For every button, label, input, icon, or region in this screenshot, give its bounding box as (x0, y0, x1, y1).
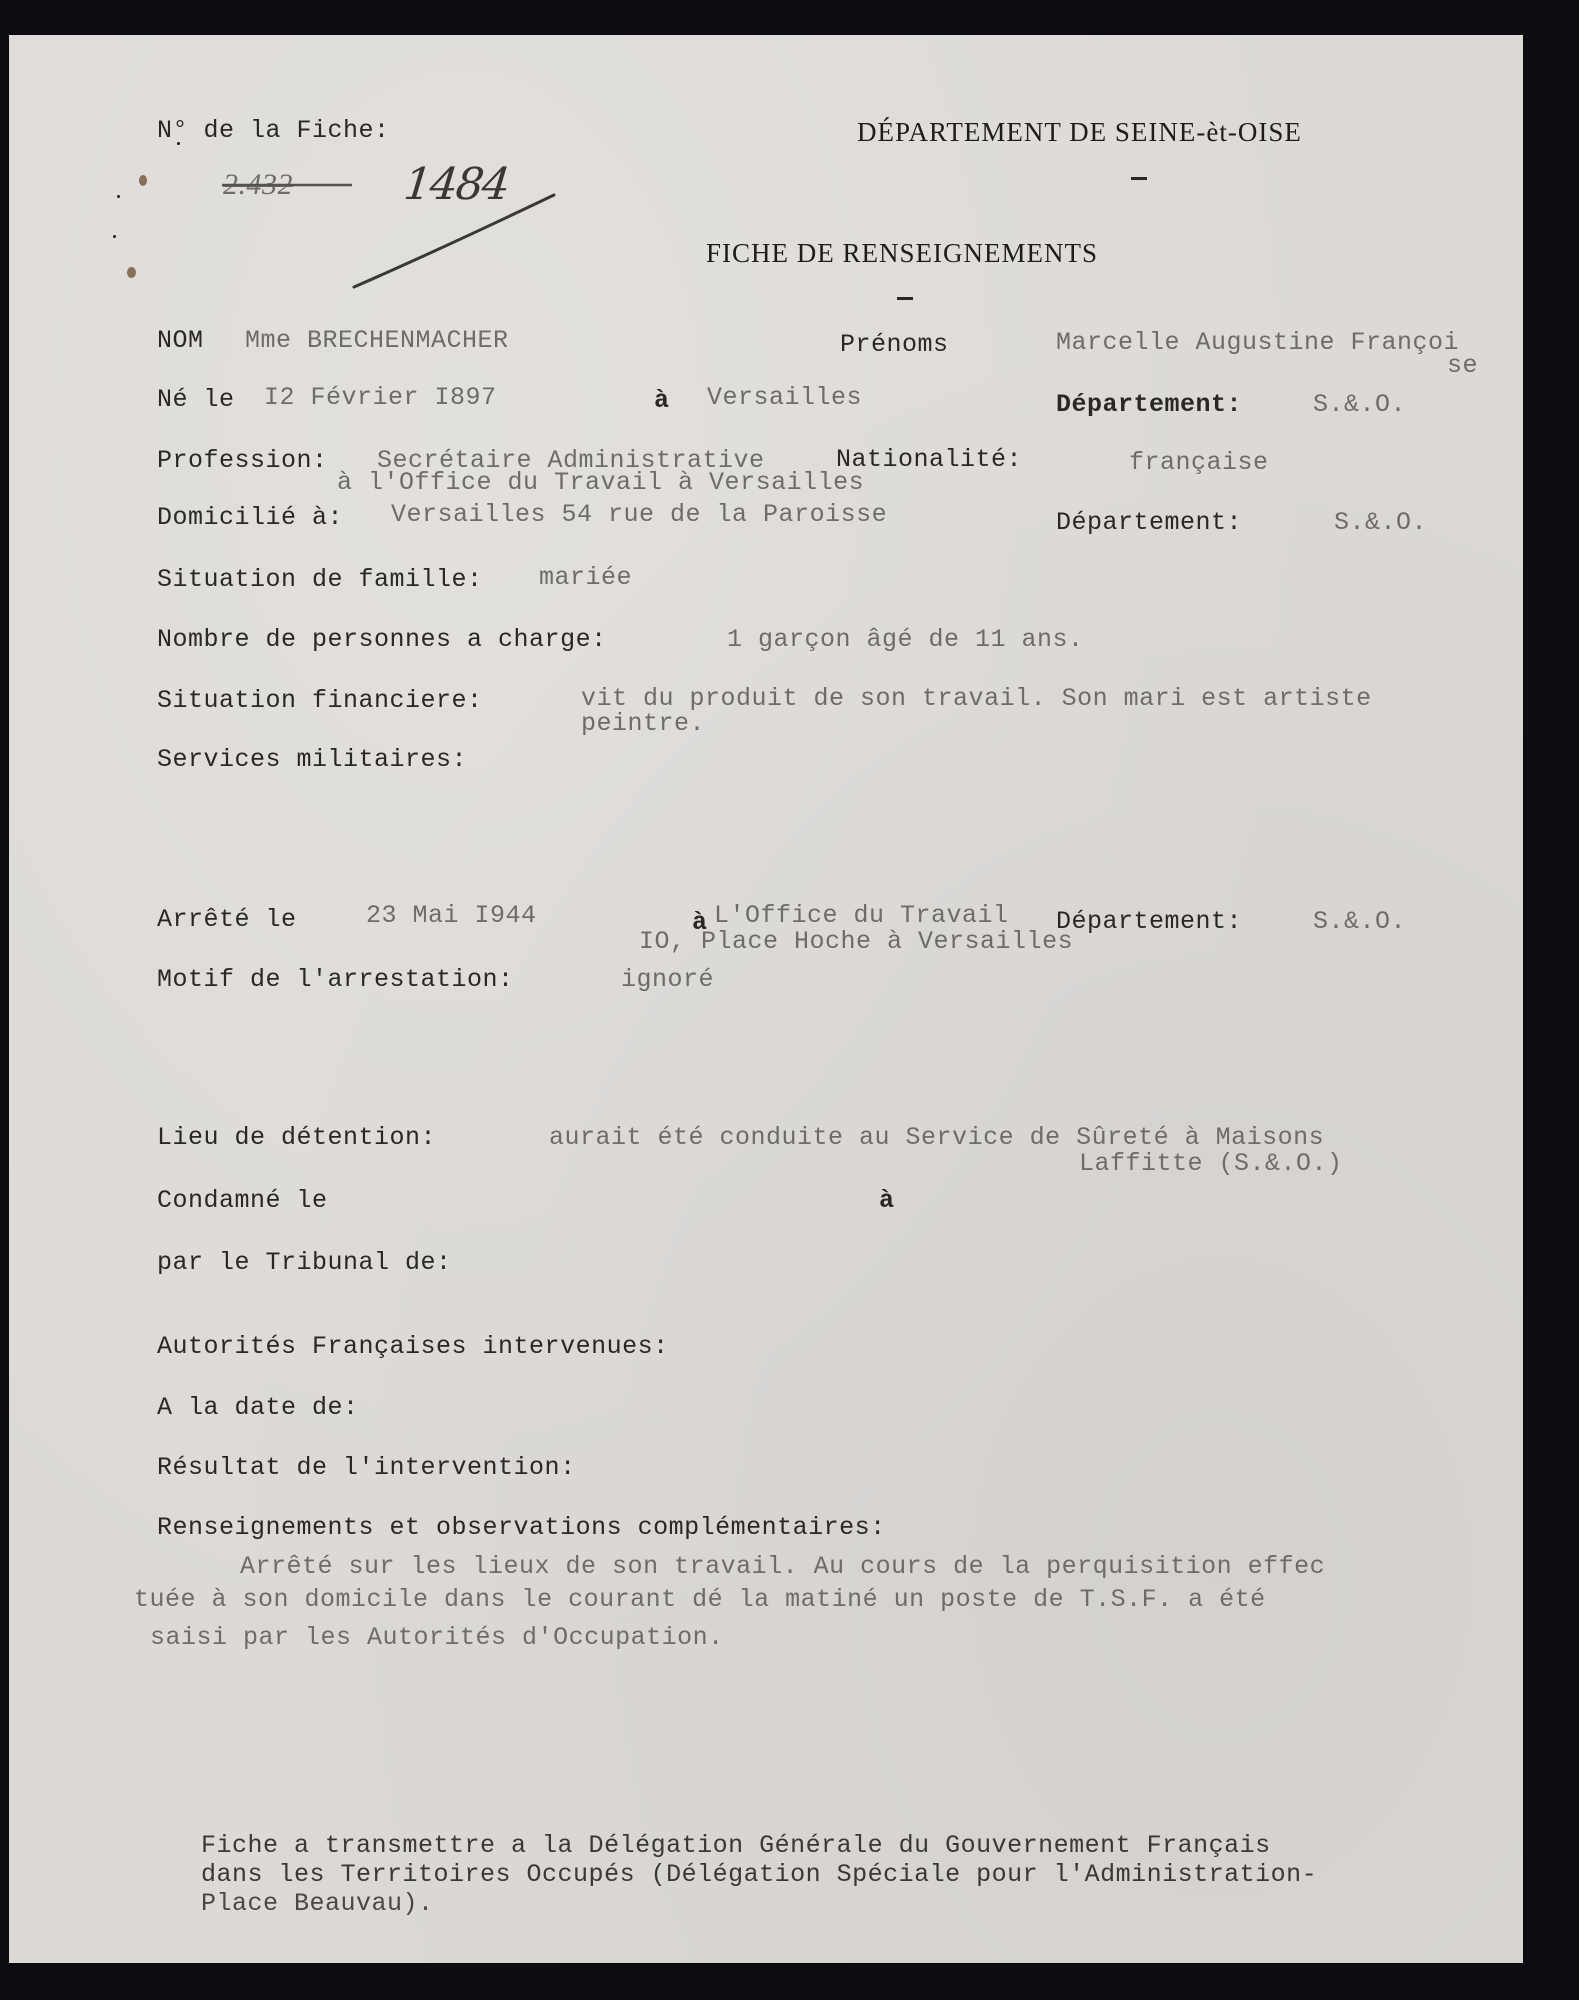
birth-departement-label: Département: (1056, 392, 1242, 417)
observations-line3: saisi par les Autorités d'Occupation. (150, 1625, 724, 1650)
rust-stain (127, 267, 136, 278)
condamne-le-label: Condamné le (157, 1188, 328, 1213)
domicile-departement-value: S.&.O. (1334, 510, 1427, 535)
arrete-departement-value: S.&.O. (1313, 909, 1406, 934)
ink-dot (117, 195, 120, 198)
separator-dash (1131, 177, 1147, 180)
arrete-date-value: 23 Mai I944 (366, 903, 537, 928)
domicile-departement-label: Département: (1056, 510, 1242, 535)
lieu-detention-value-line2: Laffitte (S.&.O.) (1079, 1151, 1343, 1176)
rust-stain (139, 175, 147, 186)
resultat-intervention-label: Résultat de l'intervention: (157, 1455, 576, 1480)
footer-line3: Place Beauvau). (201, 1891, 434, 1916)
profession-label: Profession: (157, 448, 328, 473)
services-militaires-label: Services militaires: (157, 747, 467, 772)
situation-financiere-value-line1: vit du produit de son travail. Son mari … (581, 686, 1372, 711)
motif-arrestation-label: Motif de l'arrestation: (157, 967, 514, 992)
arrete-lieu-line1: L'Office du Travail (714, 903, 1009, 928)
situation-famille-label: Situation de famille: (157, 567, 483, 592)
situation-financiere-label: Situation financiere: (157, 688, 483, 713)
situation-famille-value: mariée (539, 565, 632, 590)
footer-line1: Fiche a transmettre a la Délégation Géné… (201, 1833, 1271, 1858)
form-title: FICHE DE RENSEIGNEMENTS (706, 240, 1098, 267)
arrete-lieu-line2: IO, Place Hoche à Versailles (639, 929, 1073, 954)
nationalite-value: française (1129, 450, 1269, 475)
ne-le-label: Né le (157, 387, 235, 412)
observations-line1: Arrêté sur les lieux de son travail. Au … (240, 1554, 1325, 1579)
birth-departement-value: S.&.O. (1313, 392, 1406, 417)
condamne-a-label: à (879, 1188, 895, 1213)
prenoms-label: Prénoms (840, 332, 949, 357)
motif-arrestation-value: ignoré (621, 967, 714, 992)
domicile-label: Domicilié à: (157, 505, 343, 530)
domicile-value: Versailles 54 rue de la Paroisse (391, 502, 887, 527)
prenoms-value-line1: Marcelle Augustine Françoi (1056, 330, 1459, 355)
document-page: N° de la Fiche: 2.432 1484 DÉPARTEMENT D… (9, 35, 1523, 1963)
date-intervention-label: A la date de: (157, 1395, 359, 1420)
handwritten-underline (9, 35, 1523, 1963)
observations-label: Renseignements et observations complémen… (157, 1515, 886, 1540)
prenoms-value-line2: se (1447, 353, 1478, 378)
personnes-charge-value: 1 garçon âgé de 11 ans. (727, 627, 1084, 652)
lieu-detention-value-line1: aurait été conduite au Service de Sûreté… (549, 1125, 1324, 1150)
department-title: DÉPARTEMENT DE SEINE-èt-OISE (857, 119, 1302, 146)
ink-dot (113, 235, 116, 238)
birthdate-value: I2 Février I897 (264, 385, 497, 410)
birthplace-value: Versailles (707, 385, 862, 410)
autorites-intervenues-label: Autorités Françaises intervenues: (157, 1334, 669, 1359)
profession-value-line2: à l'Office du Travail à Versailles (337, 470, 864, 495)
fiche-number-struck: 2.432 (223, 170, 293, 200)
nom-value: Mme BRECHENMACHER (245, 328, 509, 353)
separator-dash (897, 297, 913, 300)
lieu-detention-label: Lieu de détention: (157, 1125, 436, 1150)
personnes-charge-label: Nombre de personnes a charge: (157, 627, 607, 652)
footer-line2: dans les Territoires Occupés (Délégation… (201, 1862, 1317, 1887)
observations-line2: tuée à son domicile dans le courant dé l… (134, 1587, 1266, 1612)
fiche-number-label: N° de la Fiche: (157, 118, 390, 143)
tribunal-label: par le Tribunal de: (157, 1250, 452, 1275)
arrete-le-label: Arrêté le (157, 907, 297, 932)
birthplace-a-label: à (654, 388, 670, 413)
arrete-departement-label: Département: (1056, 909, 1242, 934)
nom-label: NOM (157, 328, 204, 353)
situation-financiere-value-line2: peintre. (581, 711, 705, 736)
fiche-number-handwritten: 1484 (402, 163, 511, 207)
